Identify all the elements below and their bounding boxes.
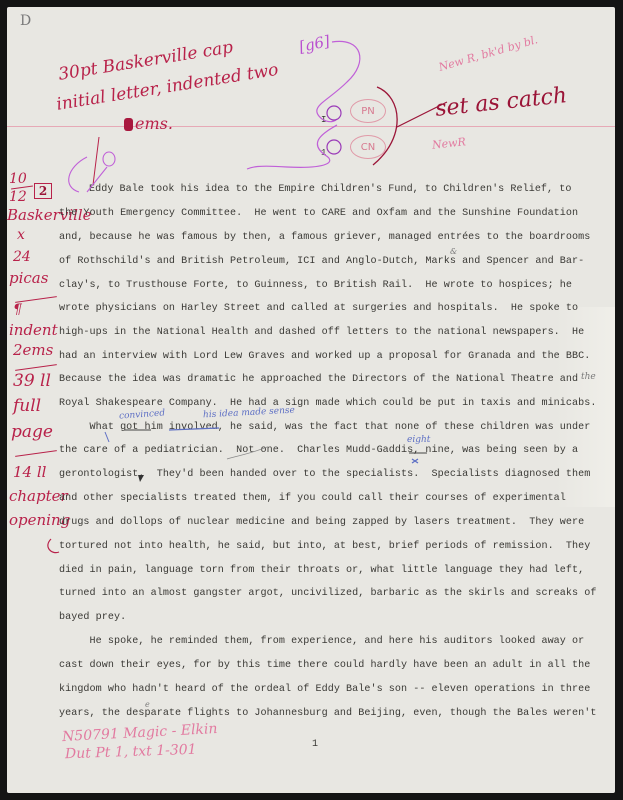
manuscript-page: D 30pt Baskerville cap initial letter, i…: [7, 7, 615, 793]
pen-strokes: [7, 7, 615, 793]
